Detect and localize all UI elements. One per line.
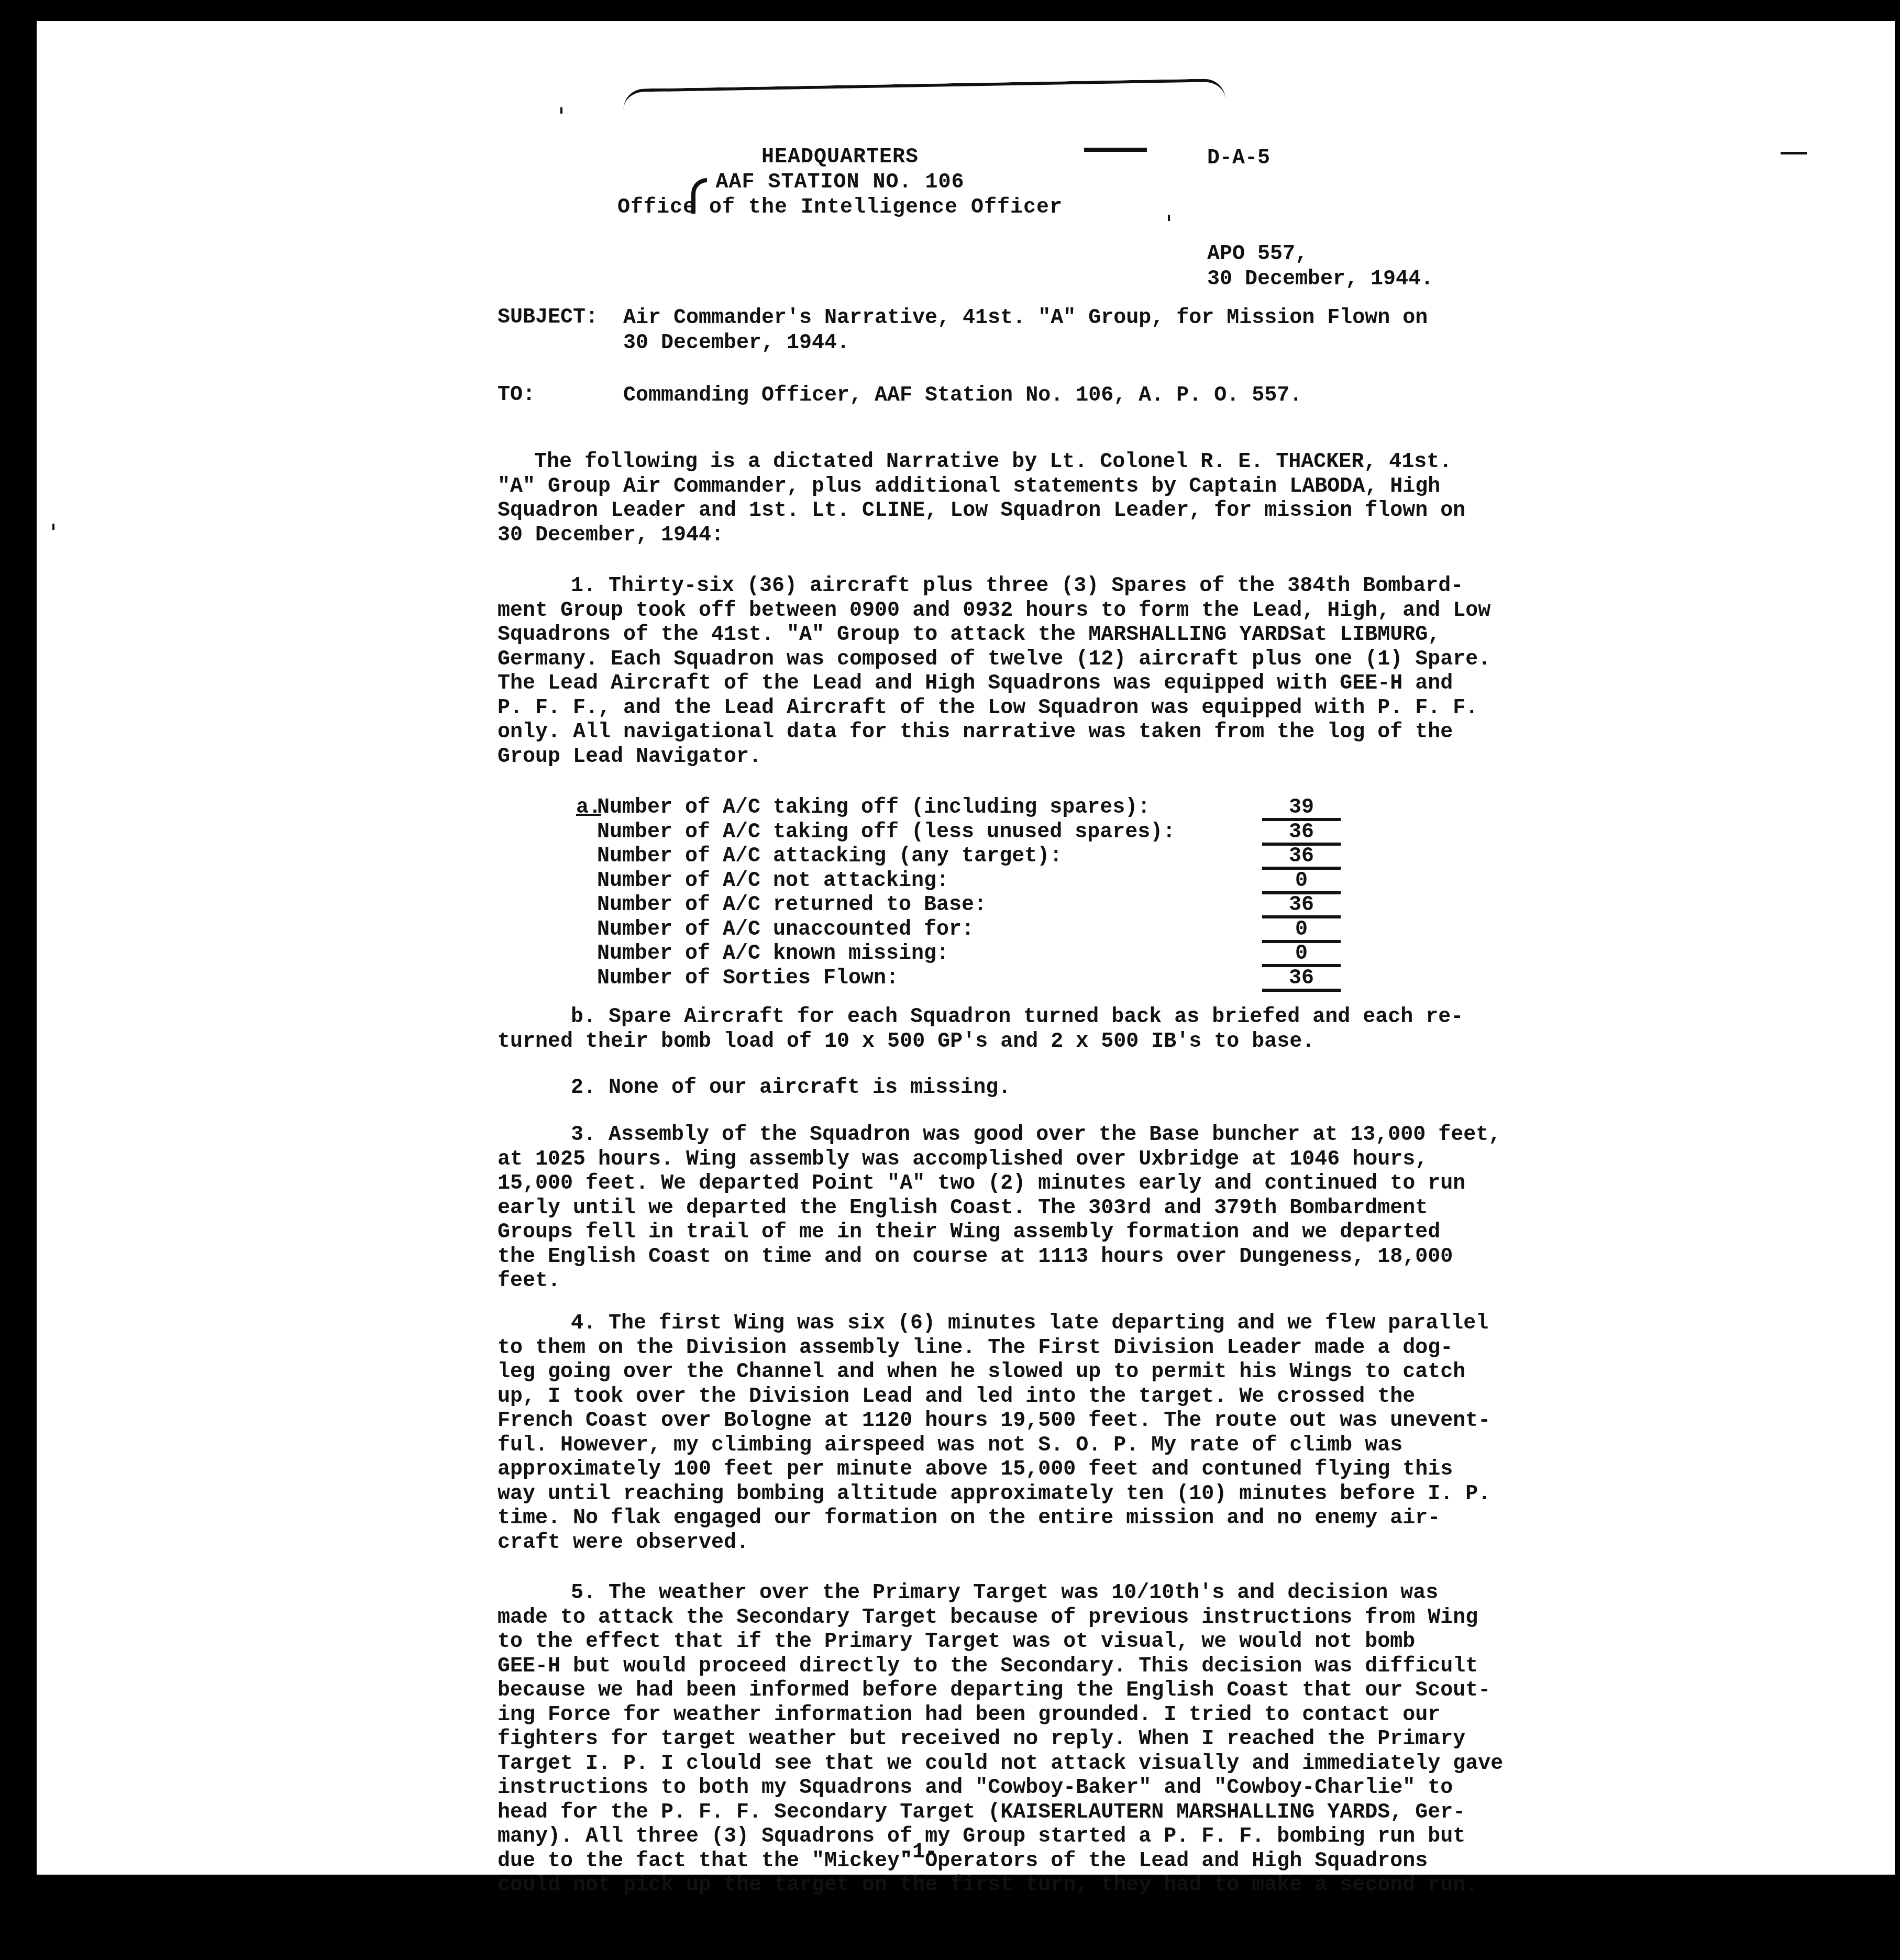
stat-value: 39	[1262, 796, 1341, 821]
scan-speck	[560, 107, 562, 114]
paragraph-1: 1. Thirty-six (36) aircraft plus three (…	[498, 574, 1524, 769]
stat-value: 36	[1262, 821, 1341, 845]
stat-value: 36	[1262, 967, 1341, 991]
stat-label: Number of A/C known missing:	[597, 942, 949, 966]
document-date: 30 December, 1944.	[1207, 267, 1433, 292]
scan-speck	[1168, 215, 1170, 221]
stat-label: Number of A/C not attacking:	[597, 869, 949, 893]
stat-value: 36	[1262, 845, 1341, 869]
handwritten-dash	[1781, 152, 1807, 154]
paragraph-1b: b. Spare Aircraft for each Squadron turn…	[498, 1005, 1524, 1054]
page-number: -1-	[0, 1841, 1848, 1864]
subject-line-2: 30 December, 1944.	[623, 331, 849, 356]
stat-row: Number of A/C not attacking:0	[597, 869, 1175, 894]
stat-row: Number of A/C known missing:0	[597, 942, 1175, 967]
document-page: HEADQUARTERS AAF STATION NO. 106 Office …	[37, 21, 1895, 1875]
letterhead-station: AAF STATION NO. 106	[0, 171, 1769, 194]
apo-number: APO 557,	[1207, 242, 1433, 267]
apo-block: APO 557, 30 December, 1944.	[1207, 242, 1433, 292]
stat-row: a.Number of A/C taking off (including sp…	[597, 796, 1175, 821]
to-value: Commanding Officer, AAF Station No. 106,…	[623, 383, 1302, 408]
stat-letter: a.	[576, 796, 601, 821]
stat-value: 36	[1262, 893, 1341, 918]
subject-line-1: Air Commander's Narrative, 41st. "A" Gro…	[623, 306, 1428, 331]
letterhead-office: Office of the Intelligence Officer	[0, 196, 1769, 219]
document-reference: D-A-5	[1207, 147, 1270, 170]
stat-row: Number of A/C taking off (less unused sp…	[597, 821, 1175, 845]
stat-underline	[1262, 989, 1341, 992]
stat-value: 0	[1262, 942, 1341, 967]
stat-row: Number of A/C attacking (any target):36	[597, 845, 1175, 869]
stat-label: Number of A/C returned to Base:	[597, 893, 987, 917]
subject-label: SUBJECT:	[498, 306, 598, 329]
stat-label: Number of A/C taking off (less unused sp…	[597, 821, 1175, 844]
paragraph-4: 4. The first Wing was six (6) minutes la…	[498, 1312, 1550, 1555]
stat-label: Number of A/C attacking (any target):	[597, 845, 1062, 868]
stat-value: 0	[1262, 918, 1341, 943]
scan-speck	[52, 524, 54, 530]
stat-row: Number of A/C unaccounted for:0	[597, 918, 1175, 943]
to-label: TO:	[498, 383, 535, 407]
paragraph-3: 3. Assembly of the Squadron was good ove…	[498, 1123, 1524, 1294]
stat-value: 0	[1262, 869, 1341, 894]
intro-paragraph: The following is a dictated Narrative by…	[498, 450, 1524, 548]
stat-row: Number of A/C returned to Base:36	[597, 893, 1175, 918]
stat-label: Number of Sorties Flown:	[597, 967, 899, 990]
stat-label: Number of A/C taking off (including spar…	[597, 796, 1150, 820]
aircraft-statistics: a.Number of A/C taking off (including sp…	[597, 796, 1175, 991]
stat-label: Number of A/C unaccounted for:	[597, 918, 974, 942]
paragraph-2: 2. None of our aircraft is missing.	[498, 1076, 1524, 1101]
handwritten-mark	[623, 79, 1226, 113]
stat-row: Number of Sorties Flown:36	[597, 967, 1175, 991]
letterhead-headquarters: HEADQUARTERS	[0, 146, 1769, 169]
